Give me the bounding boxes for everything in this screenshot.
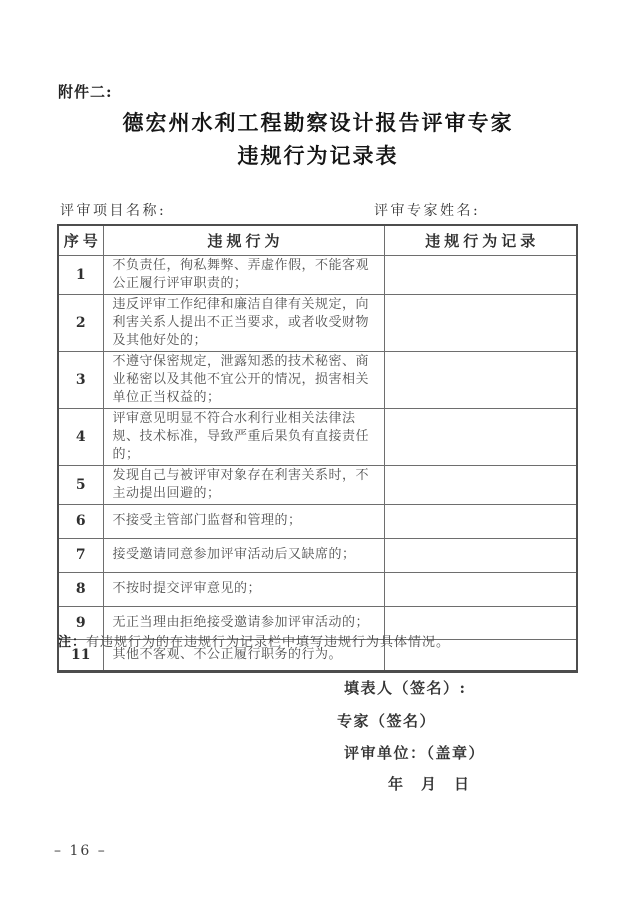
header-no: 序号 (58, 225, 103, 255)
row-number-cell: 8 (58, 572, 103, 606)
expert-name-label: 评审专家姓名: (374, 200, 480, 220)
table-row: 1 不负责任，徇私舞弊、弄虚作假，不能客观公正履行评审职责的； (58, 255, 577, 294)
table-row: 4 评审意见明显不符合水利行业相关法律法规、技术标准，导致严重后果负有直接责任的… (58, 408, 577, 465)
row-number-cell: 5 (58, 465, 103, 504)
behavior-cell: 不负责任，徇私舞弊、弄虚作假，不能客观公正履行评审职责的； (103, 255, 384, 294)
header-behavior: 违规行为 (103, 225, 384, 255)
expert-signature-label: 专家（签名） (337, 710, 436, 731)
behavior-cell: 不遵守保密规定，泄露知悉的技术秘密、商业秘密以及其他不宜公开的情况，损害相关单位… (103, 351, 384, 408)
row-number-cell: 4 (58, 408, 103, 465)
behavior-cell: 违反评审工作纪律和廉洁自律有关规定，向利害关系人提出不正当要求，或者收受财物及其… (103, 294, 384, 351)
record-cell (384, 504, 577, 538)
table-row: 5 发现自己与被评审对象存在利害关系时，不主动提出回避的； (58, 465, 577, 504)
violation-table: 序号 违规行为 违规行为记录 1 不负责任，徇私舞弊、弄虚作假，不能客观公正履行… (57, 224, 578, 673)
document-title: 德宏州水利工程勘察设计报告评审专家 违规行为记录表 (0, 106, 636, 172)
row-number-cell: 6 (58, 504, 103, 538)
record-cell (384, 255, 577, 294)
row-number-cell: 1 (58, 255, 103, 294)
filler-signature-label: 填表人（签名）: (344, 677, 467, 698)
date-label: 年 月 日 (388, 773, 471, 794)
violation-table-body: 1 不负责任，徇私舞弊、弄虚作假，不能客观公正履行评审职责的； 2 违反评审工作… (58, 255, 577, 671)
document-page: 附件二: 德宏州水利工程勘察设计报告评审专家 违规行为记录表 评审项目名称: 评… (0, 0, 636, 900)
page-number: – 16 – (54, 843, 107, 859)
note: 注：有违规行为的在违规行为记录栏中填写违规行为具体情况。 (58, 631, 450, 650)
unit-seal-label: 评审单位：（盖章） (344, 742, 485, 763)
behavior-cell: 不按时提交评审意见的； (103, 572, 384, 606)
behavior-cell: 评审意见明显不符合水利行业相关法律法规、技术标准，导致严重后果负有直接责任的； (103, 408, 384, 465)
row-number-cell: 2 (58, 294, 103, 351)
row-number-cell: 3 (58, 351, 103, 408)
record-cell (384, 572, 577, 606)
project-name-label: 评审项目名称: (60, 200, 166, 220)
table-row: 8 不按时提交评审意见的； (58, 572, 577, 606)
record-cell (384, 294, 577, 351)
row-number-cell: 7 (58, 538, 103, 572)
title-line-2: 违规行为记录表 (0, 139, 636, 172)
behavior-cell: 不接受主管部门监督和管理的； (103, 504, 384, 538)
table-row: 6 不接受主管部门监督和管理的； (58, 504, 577, 538)
table-header-row: 序号 违规行为 违规行为记录 (58, 225, 577, 255)
record-cell (384, 538, 577, 572)
record-cell (384, 465, 577, 504)
note-prefix: 注： (58, 635, 86, 650)
table-row: 7 接受邀请同意参加评审活动后又缺席的； (58, 538, 577, 572)
behavior-cell: 接受邀请同意参加评审活动后又缺席的； (103, 538, 384, 572)
note-text: 有违规行为的在违规行为记录栏中填写违规行为具体情况。 (86, 635, 450, 650)
header-record: 违规行为记录 (384, 225, 577, 255)
attachment-label: 附件二: (58, 81, 113, 102)
title-line-1: 德宏州水利工程勘察设计报告评审专家 (0, 106, 636, 139)
table-row: 3 不遵守保密规定，泄露知悉的技术秘密、商业秘密以及其他不宜公开的情况，损害相关… (58, 351, 577, 408)
record-cell (384, 351, 577, 408)
table-row: 2 违反评审工作纪律和廉洁自律有关规定，向利害关系人提出不正当要求，或者收受财物… (58, 294, 577, 351)
record-cell (384, 408, 577, 465)
behavior-cell: 发现自己与被评审对象存在利害关系时，不主动提出回避的； (103, 465, 384, 504)
